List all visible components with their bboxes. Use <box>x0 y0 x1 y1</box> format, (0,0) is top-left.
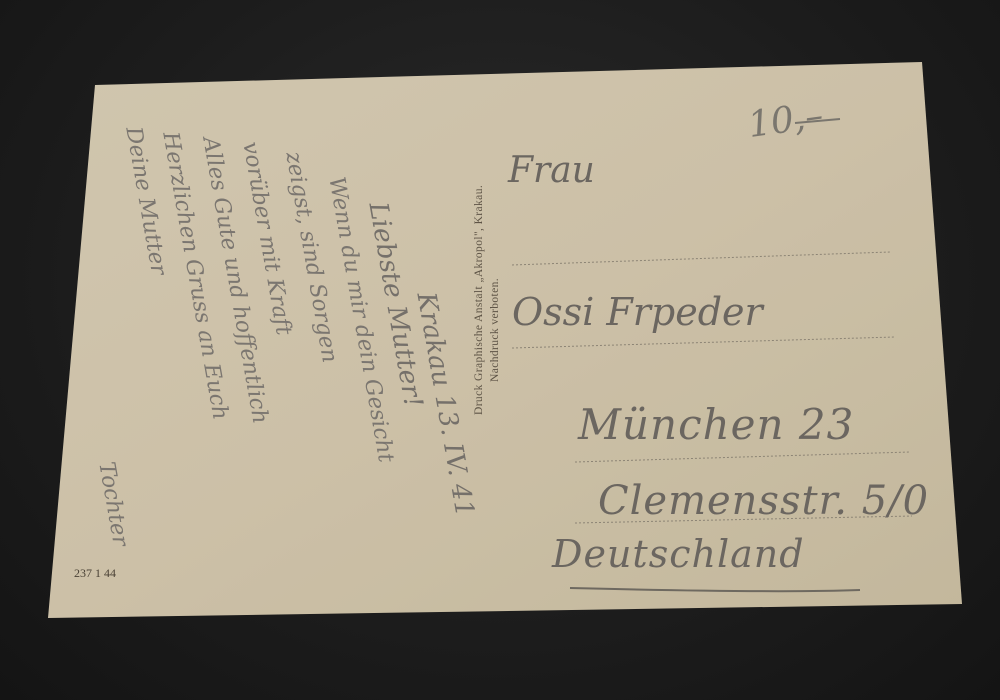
postcard: Druck Graphische Anstalt „Akropol", Krak… <box>0 0 1000 700</box>
address-country: Deutschland <box>552 532 805 576</box>
reprint-notice: Nachdruck verboten. <box>489 278 501 382</box>
address-name: Ossi Frpeder <box>512 290 763 334</box>
card-code: 237 1 44 <box>74 566 116 581</box>
address-city: München 23 <box>578 400 854 449</box>
publisher-line: Druck Graphische Anstalt „Akropol", Krak… <box>473 185 485 415</box>
address-salutation: Frau <box>508 150 595 191</box>
address-street: Clemensstr. 5/0 <box>598 478 929 524</box>
